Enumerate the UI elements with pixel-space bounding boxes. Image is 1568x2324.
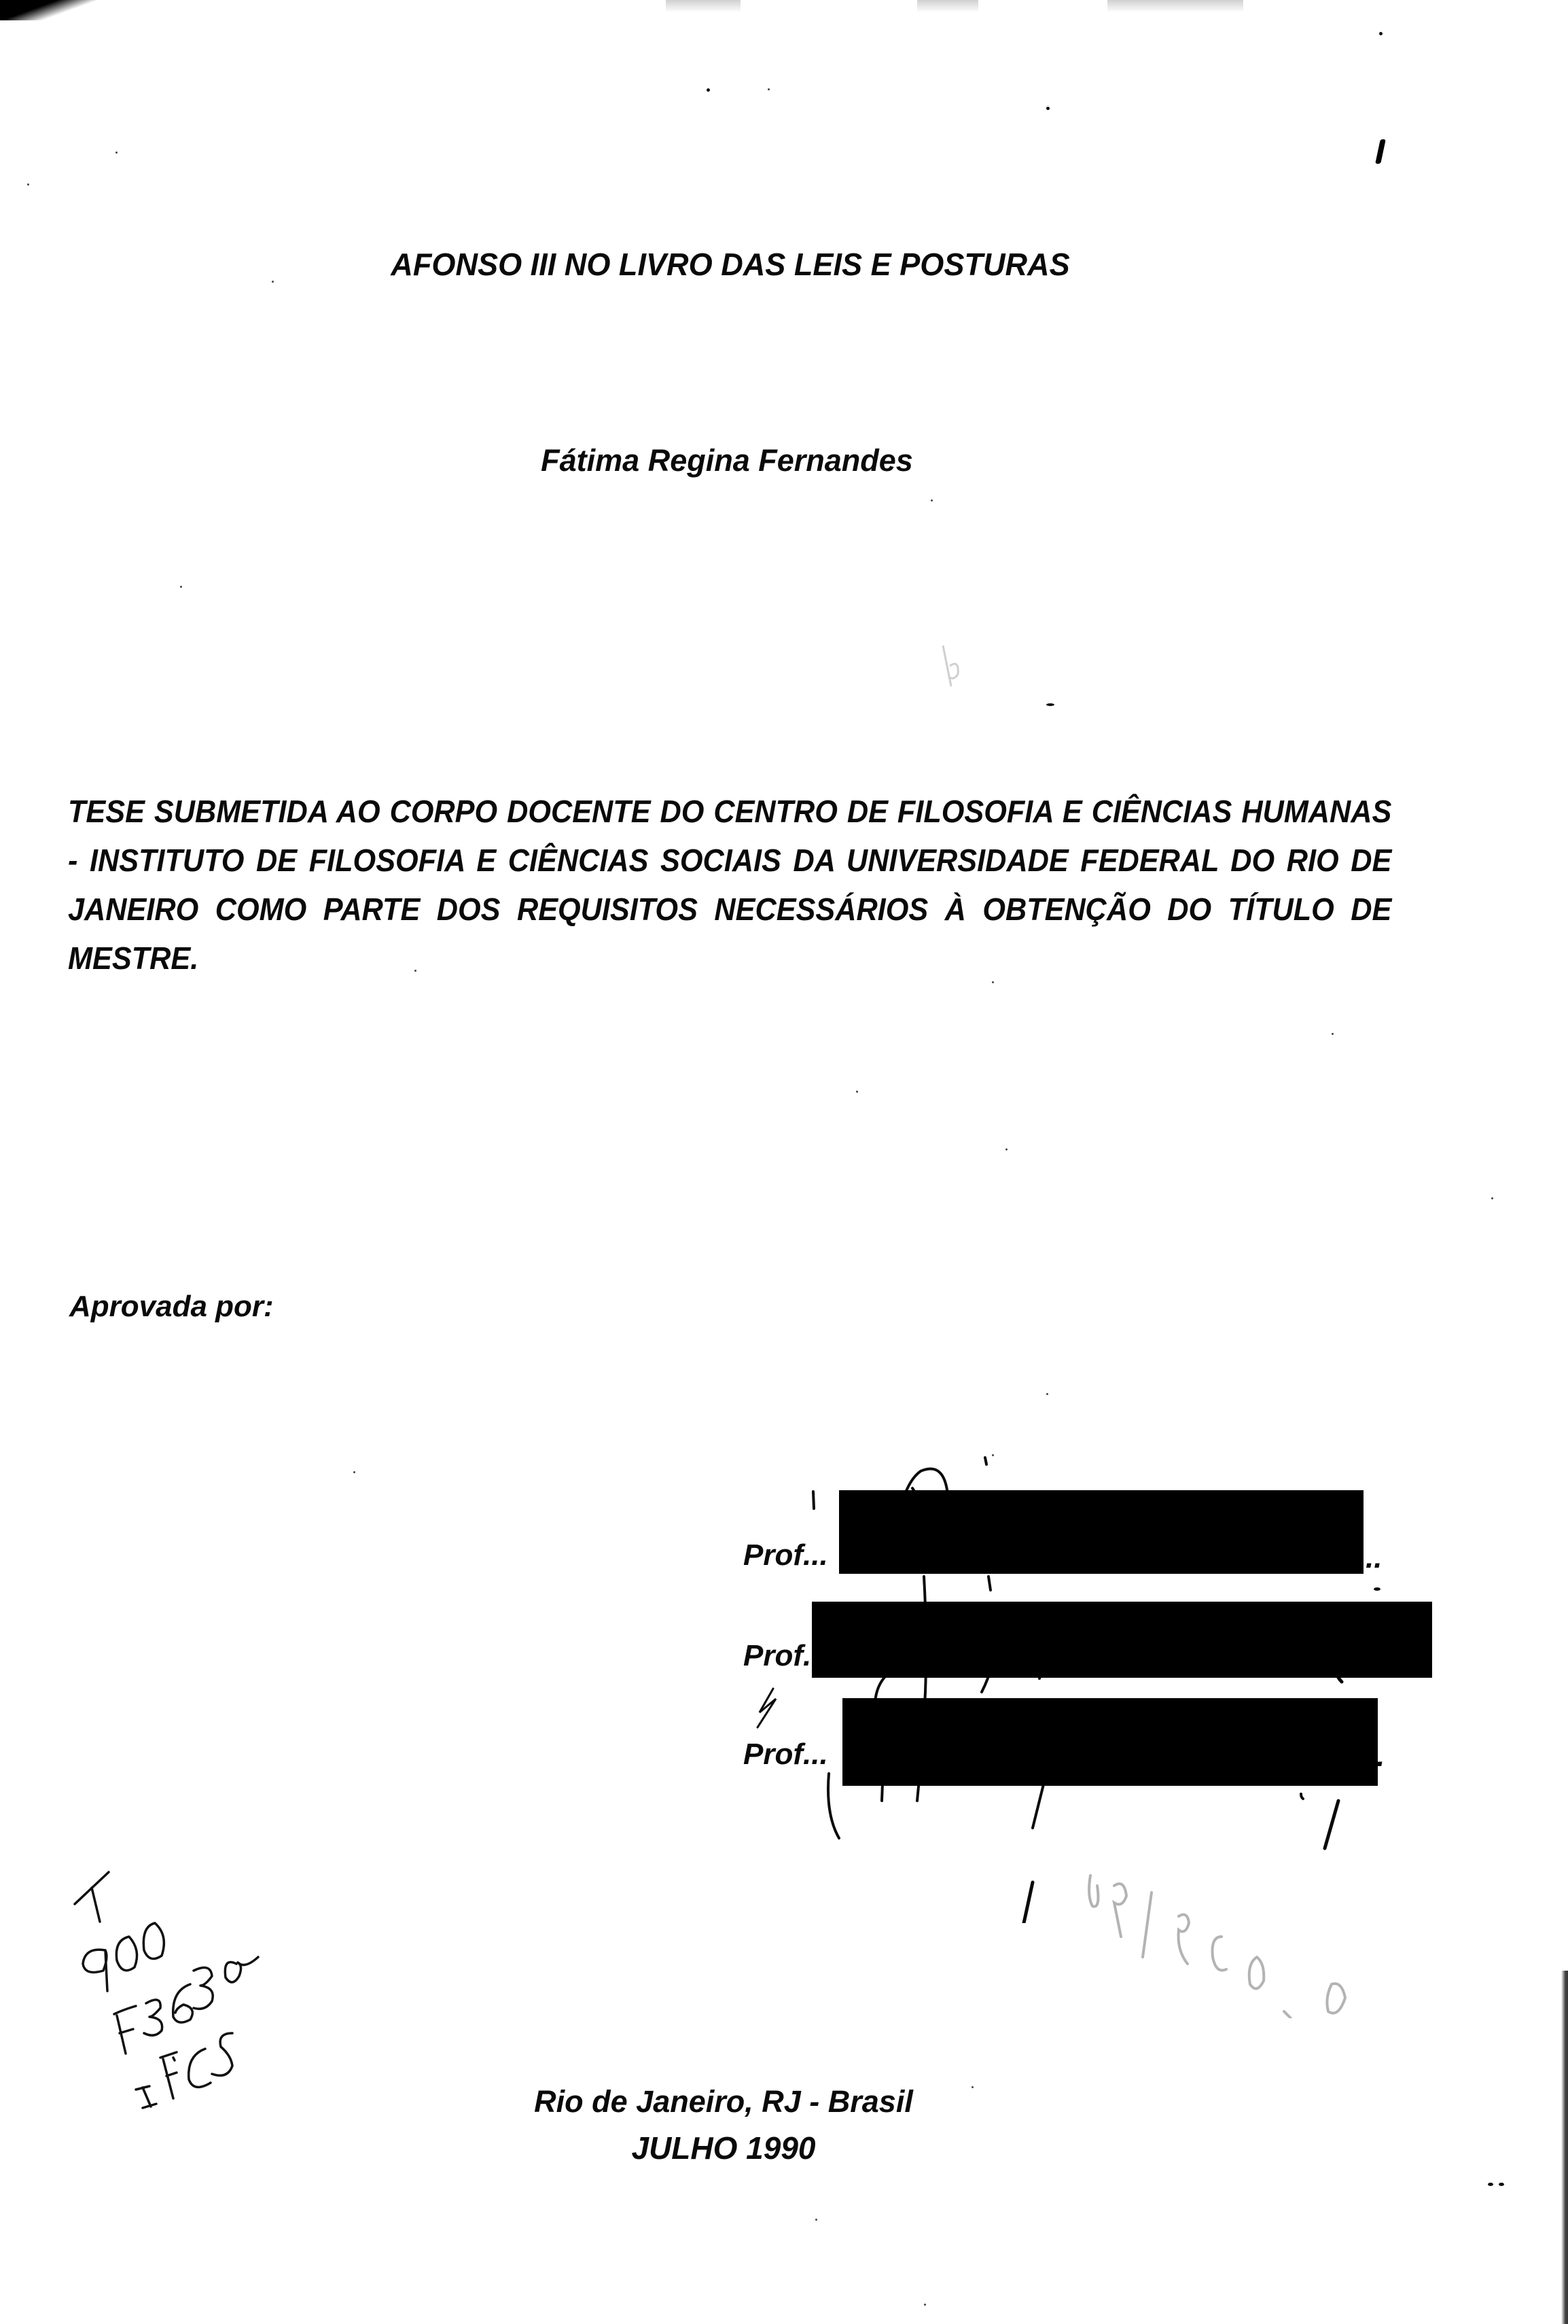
redaction-bar-examiner-2	[812, 1602, 1432, 1678]
dust-speck	[768, 88, 770, 90]
examiner-prefix: Prof.	[743, 1639, 811, 1672]
dust-speck	[856, 1091, 858, 1093]
dust-speck	[1046, 1393, 1048, 1395]
scan-smudge	[1107, 0, 1243, 12]
dust-speck	[27, 183, 29, 186]
dust-speck	[1005, 1148, 1008, 1150]
dust-speck	[1379, 32, 1383, 35]
examiner-prefix: Prof...	[743, 1538, 828, 1572]
dust-speck	[180, 586, 182, 588]
scanned-page: AFONSO III NO LIVRO DAS LEIS E POSTURAS …	[0, 0, 1568, 2324]
scan-corner-shadow	[0, 0, 109, 20]
author-name: Fátima Regina Fernandes	[0, 443, 1454, 478]
redaction-bar-examiner-3	[842, 1698, 1378, 1786]
dust-speck	[1332, 1033, 1334, 1035]
footer-place: Rio de Janeiro, RJ - Brasil	[0, 2084, 1447, 2119]
examiner-line-1: Prof...	[743, 1538, 828, 1572]
scan-edge-shadow	[1561, 1971, 1568, 2324]
dust-speck	[707, 88, 710, 92]
footer-date: JULHO 1990	[0, 2130, 1447, 2166]
examiner-prefix: Prof...	[743, 1738, 828, 1771]
examiner-line-3: Prof...	[743, 1738, 828, 1772]
dust-speck	[1488, 2183, 1493, 2186]
scan-smudge	[917, 0, 978, 12]
dust-speck	[815, 2219, 817, 2221]
dust-speck	[353, 1471, 355, 1473]
faint-stamp-marking	[1060, 1848, 1372, 2018]
scan-smudge	[666, 0, 741, 12]
thesis-title: AFONSO III NO LIVRO DAS LEIS E POSTURAS	[15, 246, 1446, 283]
dust-speck	[1374, 1587, 1380, 1591]
examiner-trailing-dots: ..	[1366, 1541, 1382, 1575]
dust-speck	[931, 499, 933, 501]
dust-speck	[924, 2304, 926, 2306]
examiner-line-2: Prof.	[743, 1639, 811, 1673]
dust-speck	[1491, 1197, 1493, 1199]
dust-speck	[1046, 107, 1050, 110]
dust-speck	[115, 152, 118, 154]
page-number-mark	[1375, 139, 1386, 164]
redaction-bar-examiner-1	[839, 1490, 1364, 1574]
thesis-statement: TESE SUBMETIDA AO CORPO DOCENTE DO CENTR…	[68, 787, 1391, 983]
approval-label: Aprovada por:	[69, 1290, 274, 1324]
dust-speck	[1499, 2183, 1504, 2186]
dust-speck	[1046, 703, 1054, 706]
faint-pencil-mark	[938, 639, 978, 693]
dust-speck	[992, 1454, 994, 1456]
